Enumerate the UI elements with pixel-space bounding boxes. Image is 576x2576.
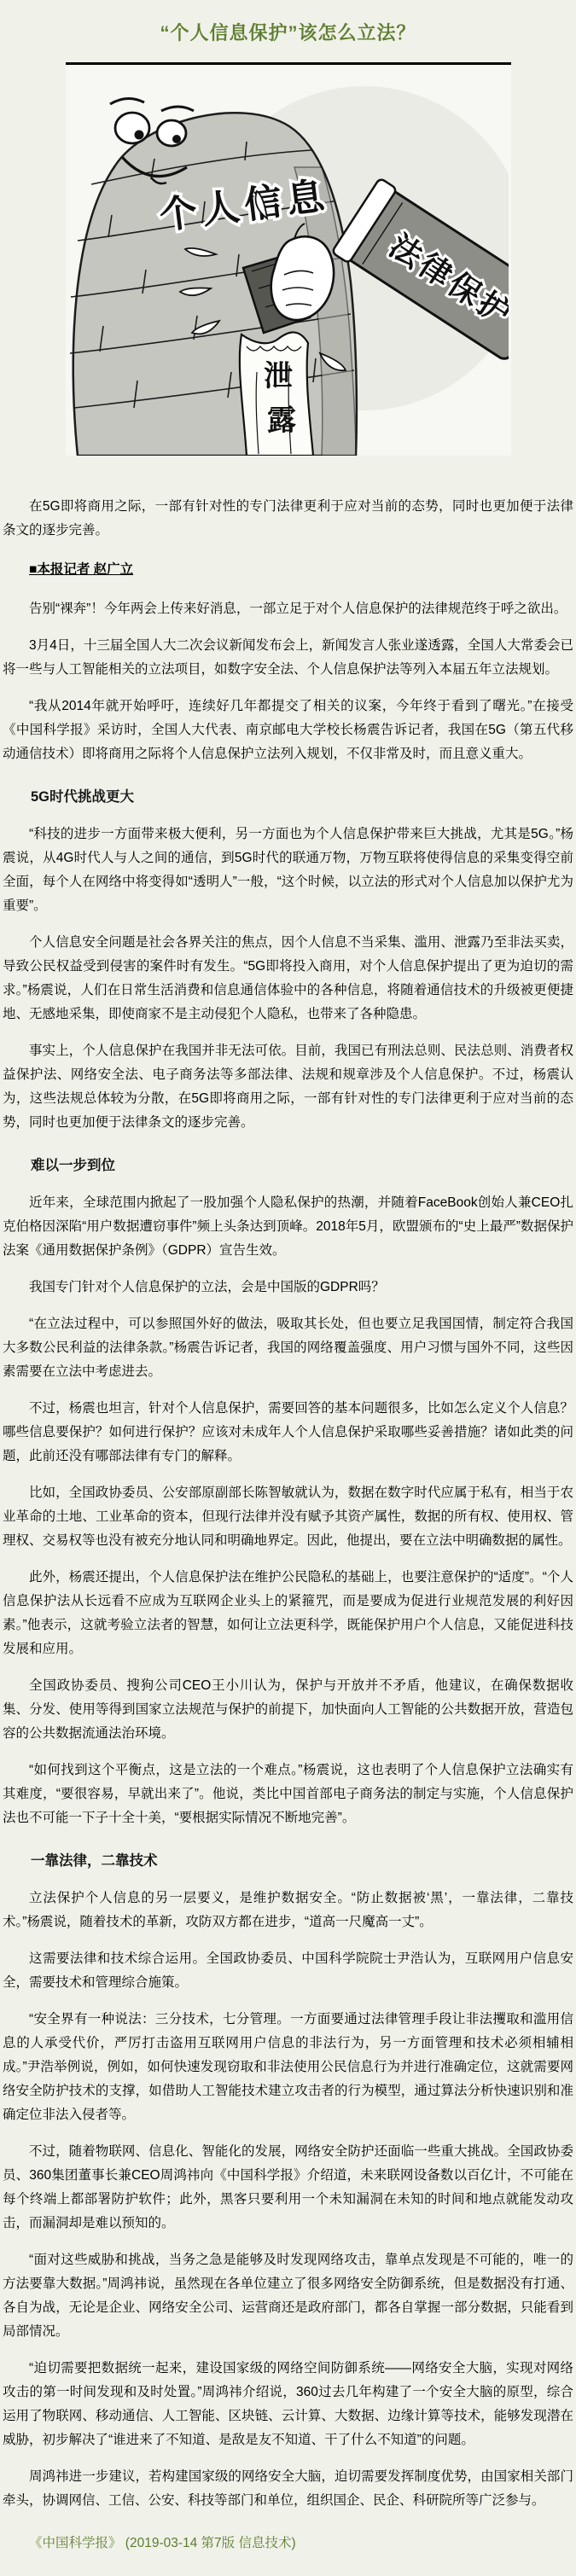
article-paragraph: “安全界有一种说法：三分技术，七分管理。一方面要通过法律管理手段让非法攫取和滥用… <box>3 2008 573 2127</box>
article-paragraph: 近年来，全球范围内掀起了一股加强个人隐私保护的热潮，并随着FaceBook创始人… <box>3 1191 573 1263</box>
article-paragraph: 3月4日，十三届全国人大二次会议新闻发布会上，新闻发言人张业遂透露，全国人大常委… <box>3 634 573 682</box>
article-paragraph: “科技的进步一方面带来极大便利，另一方面也为个人信息保护带来巨大挑战，尤其是5G… <box>3 823 573 918</box>
cartoon-illustration: 个人信息 泄 露 <box>66 65 509 456</box>
section-heading: 难以一步到位 <box>3 1154 573 1178</box>
article-paragraph: “如何找到这个平衡点，这是立法的一个难点。”杨震说，这也表明了个人信息保护立法确… <box>3 1759 573 1830</box>
leak-label-char2: 露 <box>267 404 296 437</box>
article-paragraph: 全国政协委员、搜狗公司CEO王小川认为，保护与开放并不矛盾，他建议，在确保数据收… <box>3 1674 573 1746</box>
article-paragraph: “面对这些威胁和挑战，当务之急是能够及时发现网络攻击，靠单点发现是不可能的，唯一… <box>3 2248 573 2344</box>
section-heading: 5G时代挑战更大 <box>3 785 573 809</box>
article-paragraph: 在5G即将商用之际，一部有针对性的专门法律更利于应对当前的态势，同时也更加便于法… <box>3 495 573 543</box>
byline: ■本报记者 赵广立 <box>3 558 573 582</box>
article-figure: 个人信息 泄 露 <box>66 62 511 456</box>
article-page: “个人信息保护”该怎么立法？ <box>0 19 576 2576</box>
article-paragraph: 不过，随着物联网、信息化、智能化的发展，网络安全防护还面临一些重大挑战。全国政协… <box>3 2140 573 2236</box>
article-paragraph: 此外，杨震还提出，个人信息保护法在维护公民隐私的基础上，也要注意保护的“适度”。… <box>3 1566 573 1661</box>
article-paragraph: 这需要法律和技术综合运用。全国政协委员、中国科学院院士尹浩认为，互联网用户信息安… <box>3 1947 573 1995</box>
article-paragraph: 比如，全国政协委员、公安部原副部长陈智敏就认为，数据在数字时代应属于私有，相当于… <box>3 1481 573 1553</box>
source-line: 《中国科学报》 (2019-03-14 第7版 信息技术) <box>3 2532 573 2556</box>
article-paragraph: 不过，杨震也坦言，针对个人信息保护，需要回答的基本问题很多，比如怎么定义个人信息… <box>3 1397 573 1468</box>
article-paragraph: “我从2014年就开始呼吁，连续好几年都提交了相关的议案，今年终于看到了曙光。”… <box>3 695 573 766</box>
article-paragraph: 事实上，个人信息保护在我国并非无法可依。目前，我国已有刑法总则、民法总则、消费者… <box>3 1039 573 1135</box>
article-paragraph: 告别“裸奔”！今年两会上传来好消息，一部立足于对个人信息保护的法律规范终于呼之欲… <box>3 597 573 621</box>
article-paragraph: “迫切需要把数据统一起来，建设国家级的网络空间防御系统——网络安全大脑，实现对网… <box>3 2357 573 2452</box>
leak-label-char1: 泄 <box>264 360 293 393</box>
article-paragraph: 个人信息安全问题是社会各界关注的焦点，因个人信息不当采集、滥用、泄露乃至非法买卖… <box>3 931 573 1026</box>
article-paragraph: “在立法过程中，可以参照国外好的做法，吸取其长处，但也要立足我国国情，制定符合我… <box>3 1312 573 1384</box>
article-paragraph: 周鸿祎进一步建议，若构建国家级的网络安全大脑，迫切需要发挥制度优势，由国家相关部… <box>3 2465 573 2513</box>
article-paragraph: 立法保护个人信息的另一层要义，是维护数据安全。“防止数据被‘黑’，一靠法律，二靠… <box>3 1887 573 1934</box>
eye-icon <box>157 120 186 146</box>
eye-icon <box>115 113 149 143</box>
page-title: “个人信息保护”该怎么立法？ <box>3 19 573 45</box>
article-paragraph: 我国专门针对个人信息保护的立法，会是中国版的GDPR吗？ <box>3 1276 573 1300</box>
section-heading: 一靠法律，二靠技术 <box>3 1849 573 1873</box>
leak-stream: 泄 露 <box>239 332 312 456</box>
